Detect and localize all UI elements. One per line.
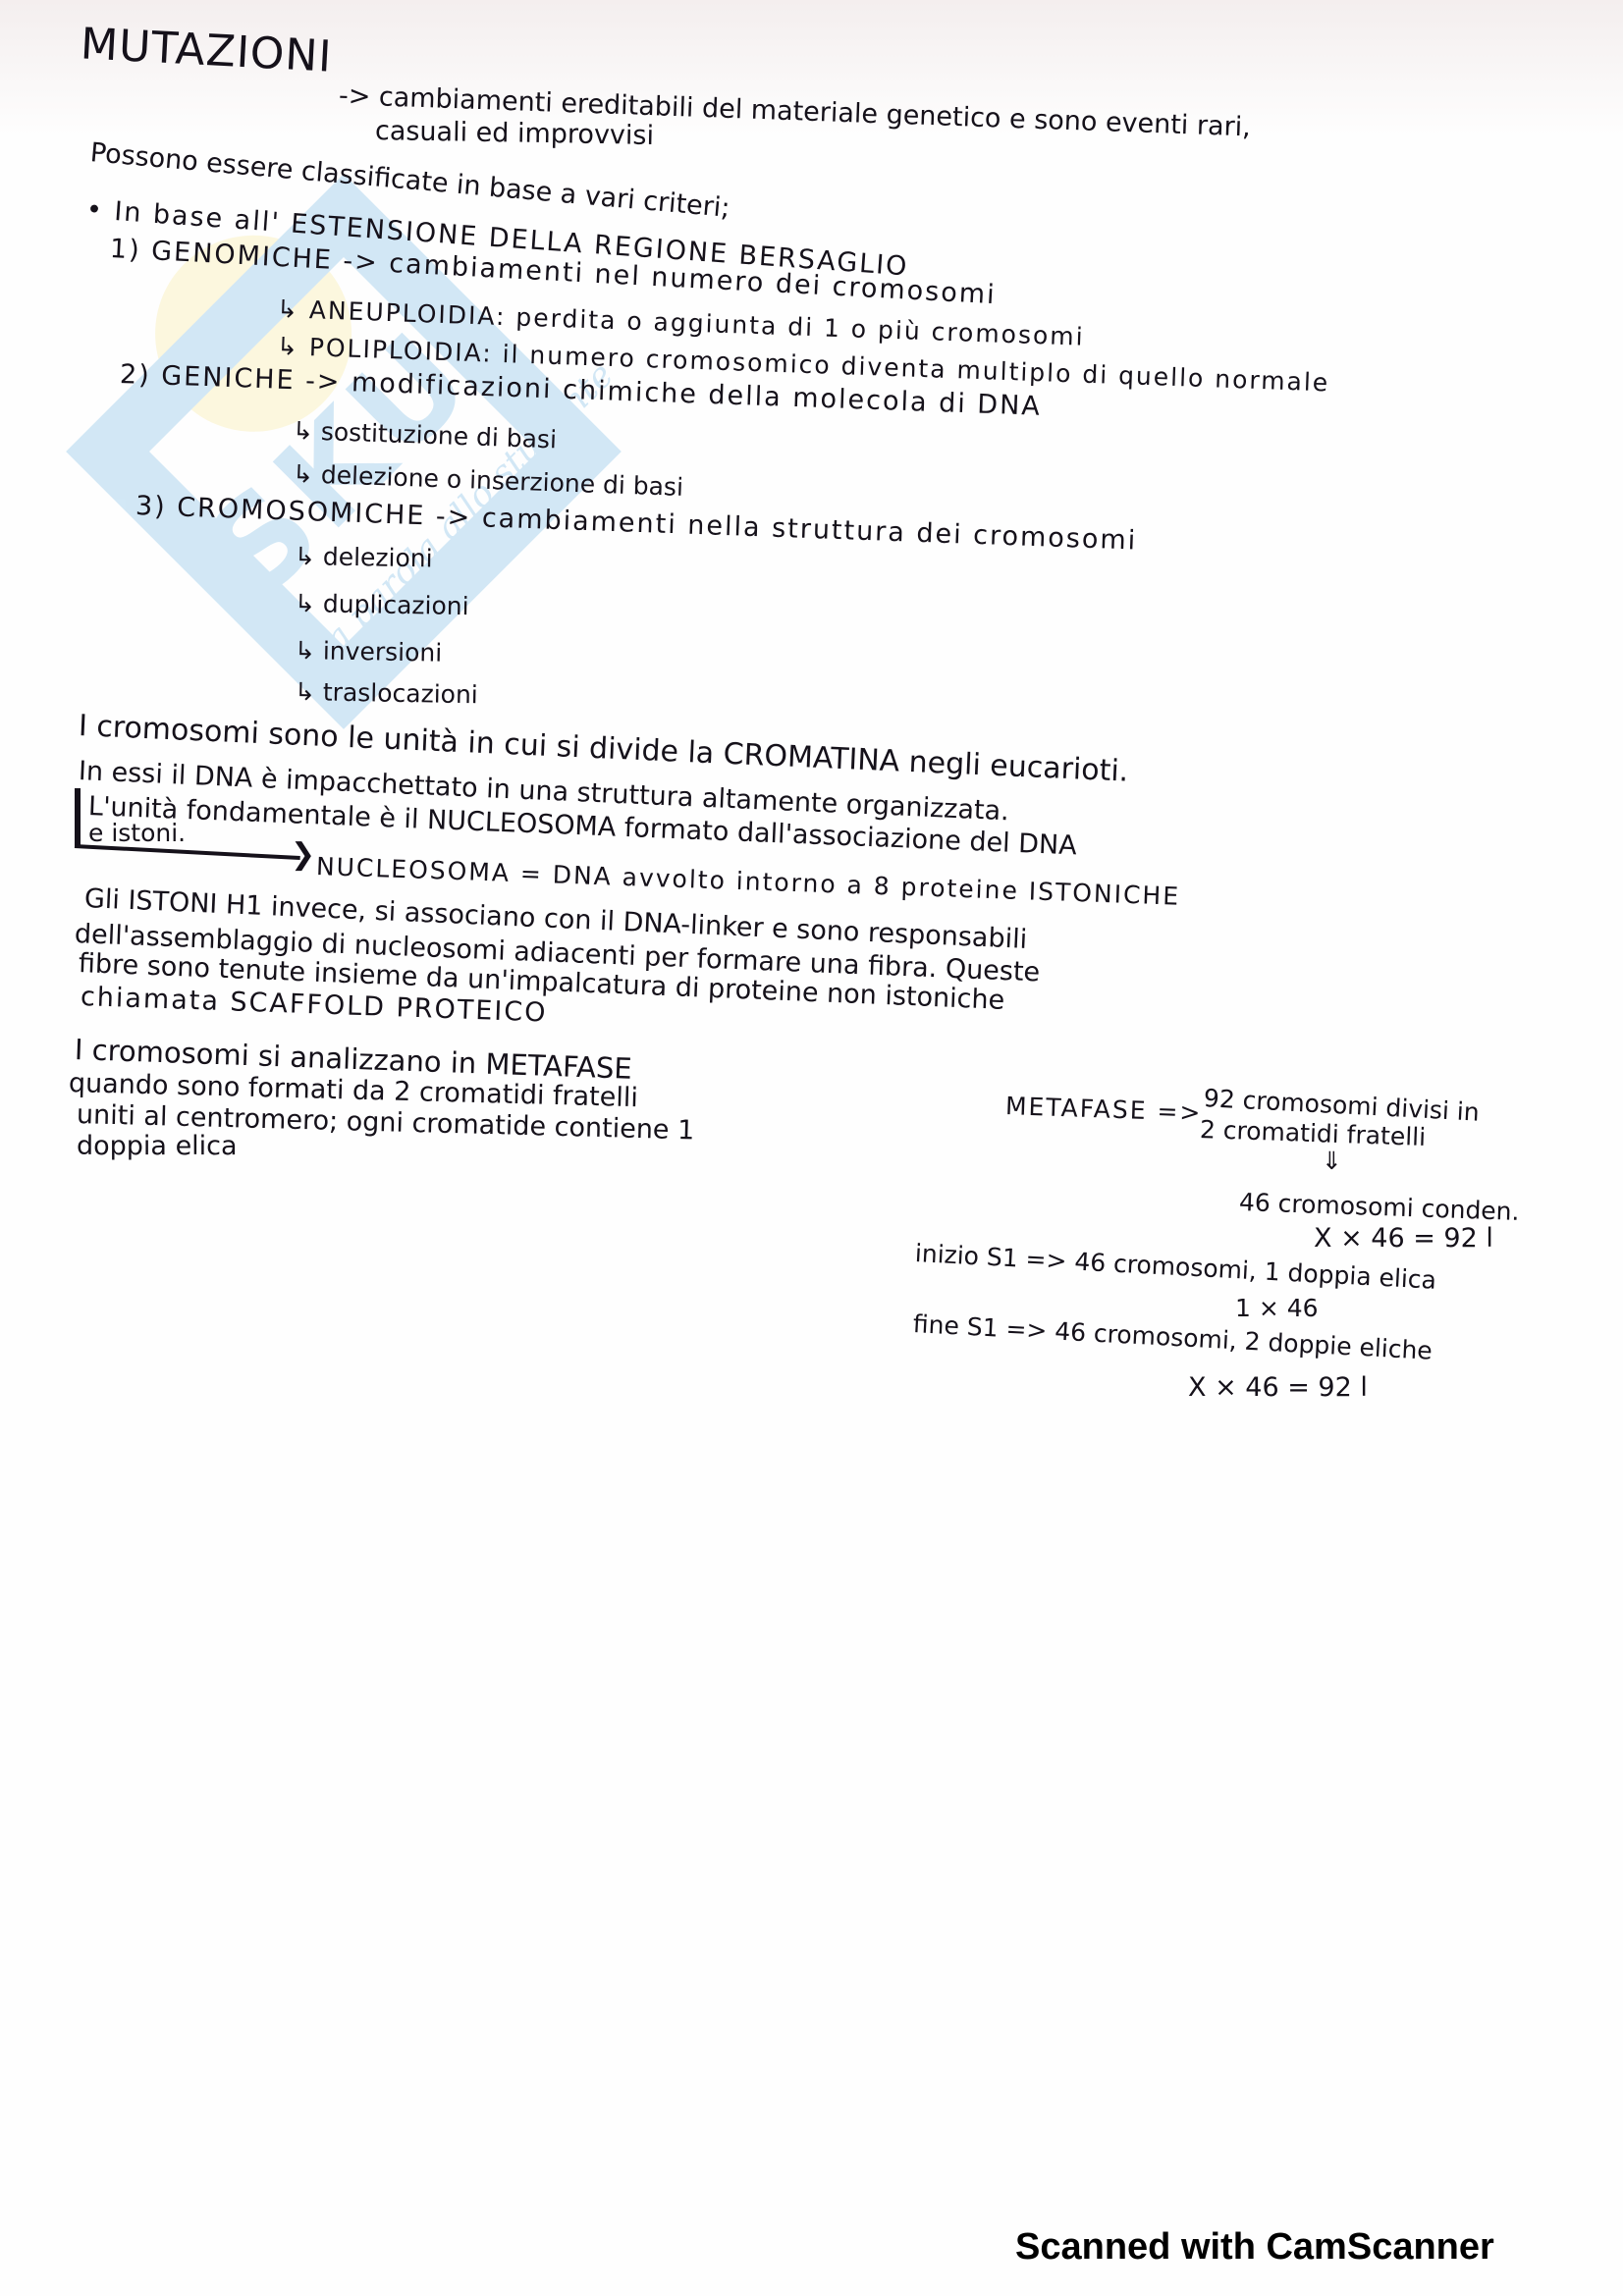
formula-2: X × 46 = 92 l — [1188, 1372, 1368, 1403]
metafase-label: METAFASE => — [1004, 1092, 1202, 1127]
category-geniche-item: ↳ sostituzione di basi — [292, 416, 557, 454]
category-cromosomiche-item: ↳ traslocazioni — [295, 677, 478, 709]
category-cromosomiche-item: ↳ delezioni — [295, 542, 433, 572]
scanned-page: SKU la parola allo studente MUTAZIONI ->… — [0, 0, 1623, 2296]
category-cromosomiche-heading: 3) CROMOSOMICHE -> cambiamenti nella str… — [135, 491, 1137, 557]
condensed-chromosomes: 46 cromosomi conden. — [1238, 1188, 1520, 1226]
down-arrow-icon: ⇓ — [1322, 1147, 1342, 1175]
intro-line-2: casuali ed improvvisi — [375, 116, 655, 151]
bracket-line — [75, 788, 81, 847]
fine-s1: fine S1 => 46 cromosomi, 2 doppie eliche — [912, 1309, 1433, 1365]
formula-1: X × 46 = 92 l — [1314, 1223, 1493, 1254]
arrow-right-icon: ❯ — [291, 837, 315, 872]
chromosomes-line-4: e istoni. — [88, 819, 186, 847]
category-cromosomiche-item: ↳ duplicazioni — [295, 589, 469, 620]
arrow-line — [75, 844, 300, 860]
camscanner-footer: Scanned with CamScanner — [1015, 2226, 1494, 2269]
category-cromosomiche-item: ↳ inversioni — [295, 636, 443, 667]
times-46: 1 × 46 — [1235, 1294, 1319, 1322]
category-geniche-item: ↳ delezione o inserzione di basi — [292, 459, 683, 502]
metaphase-line-4: doppia elica — [77, 1131, 238, 1161]
